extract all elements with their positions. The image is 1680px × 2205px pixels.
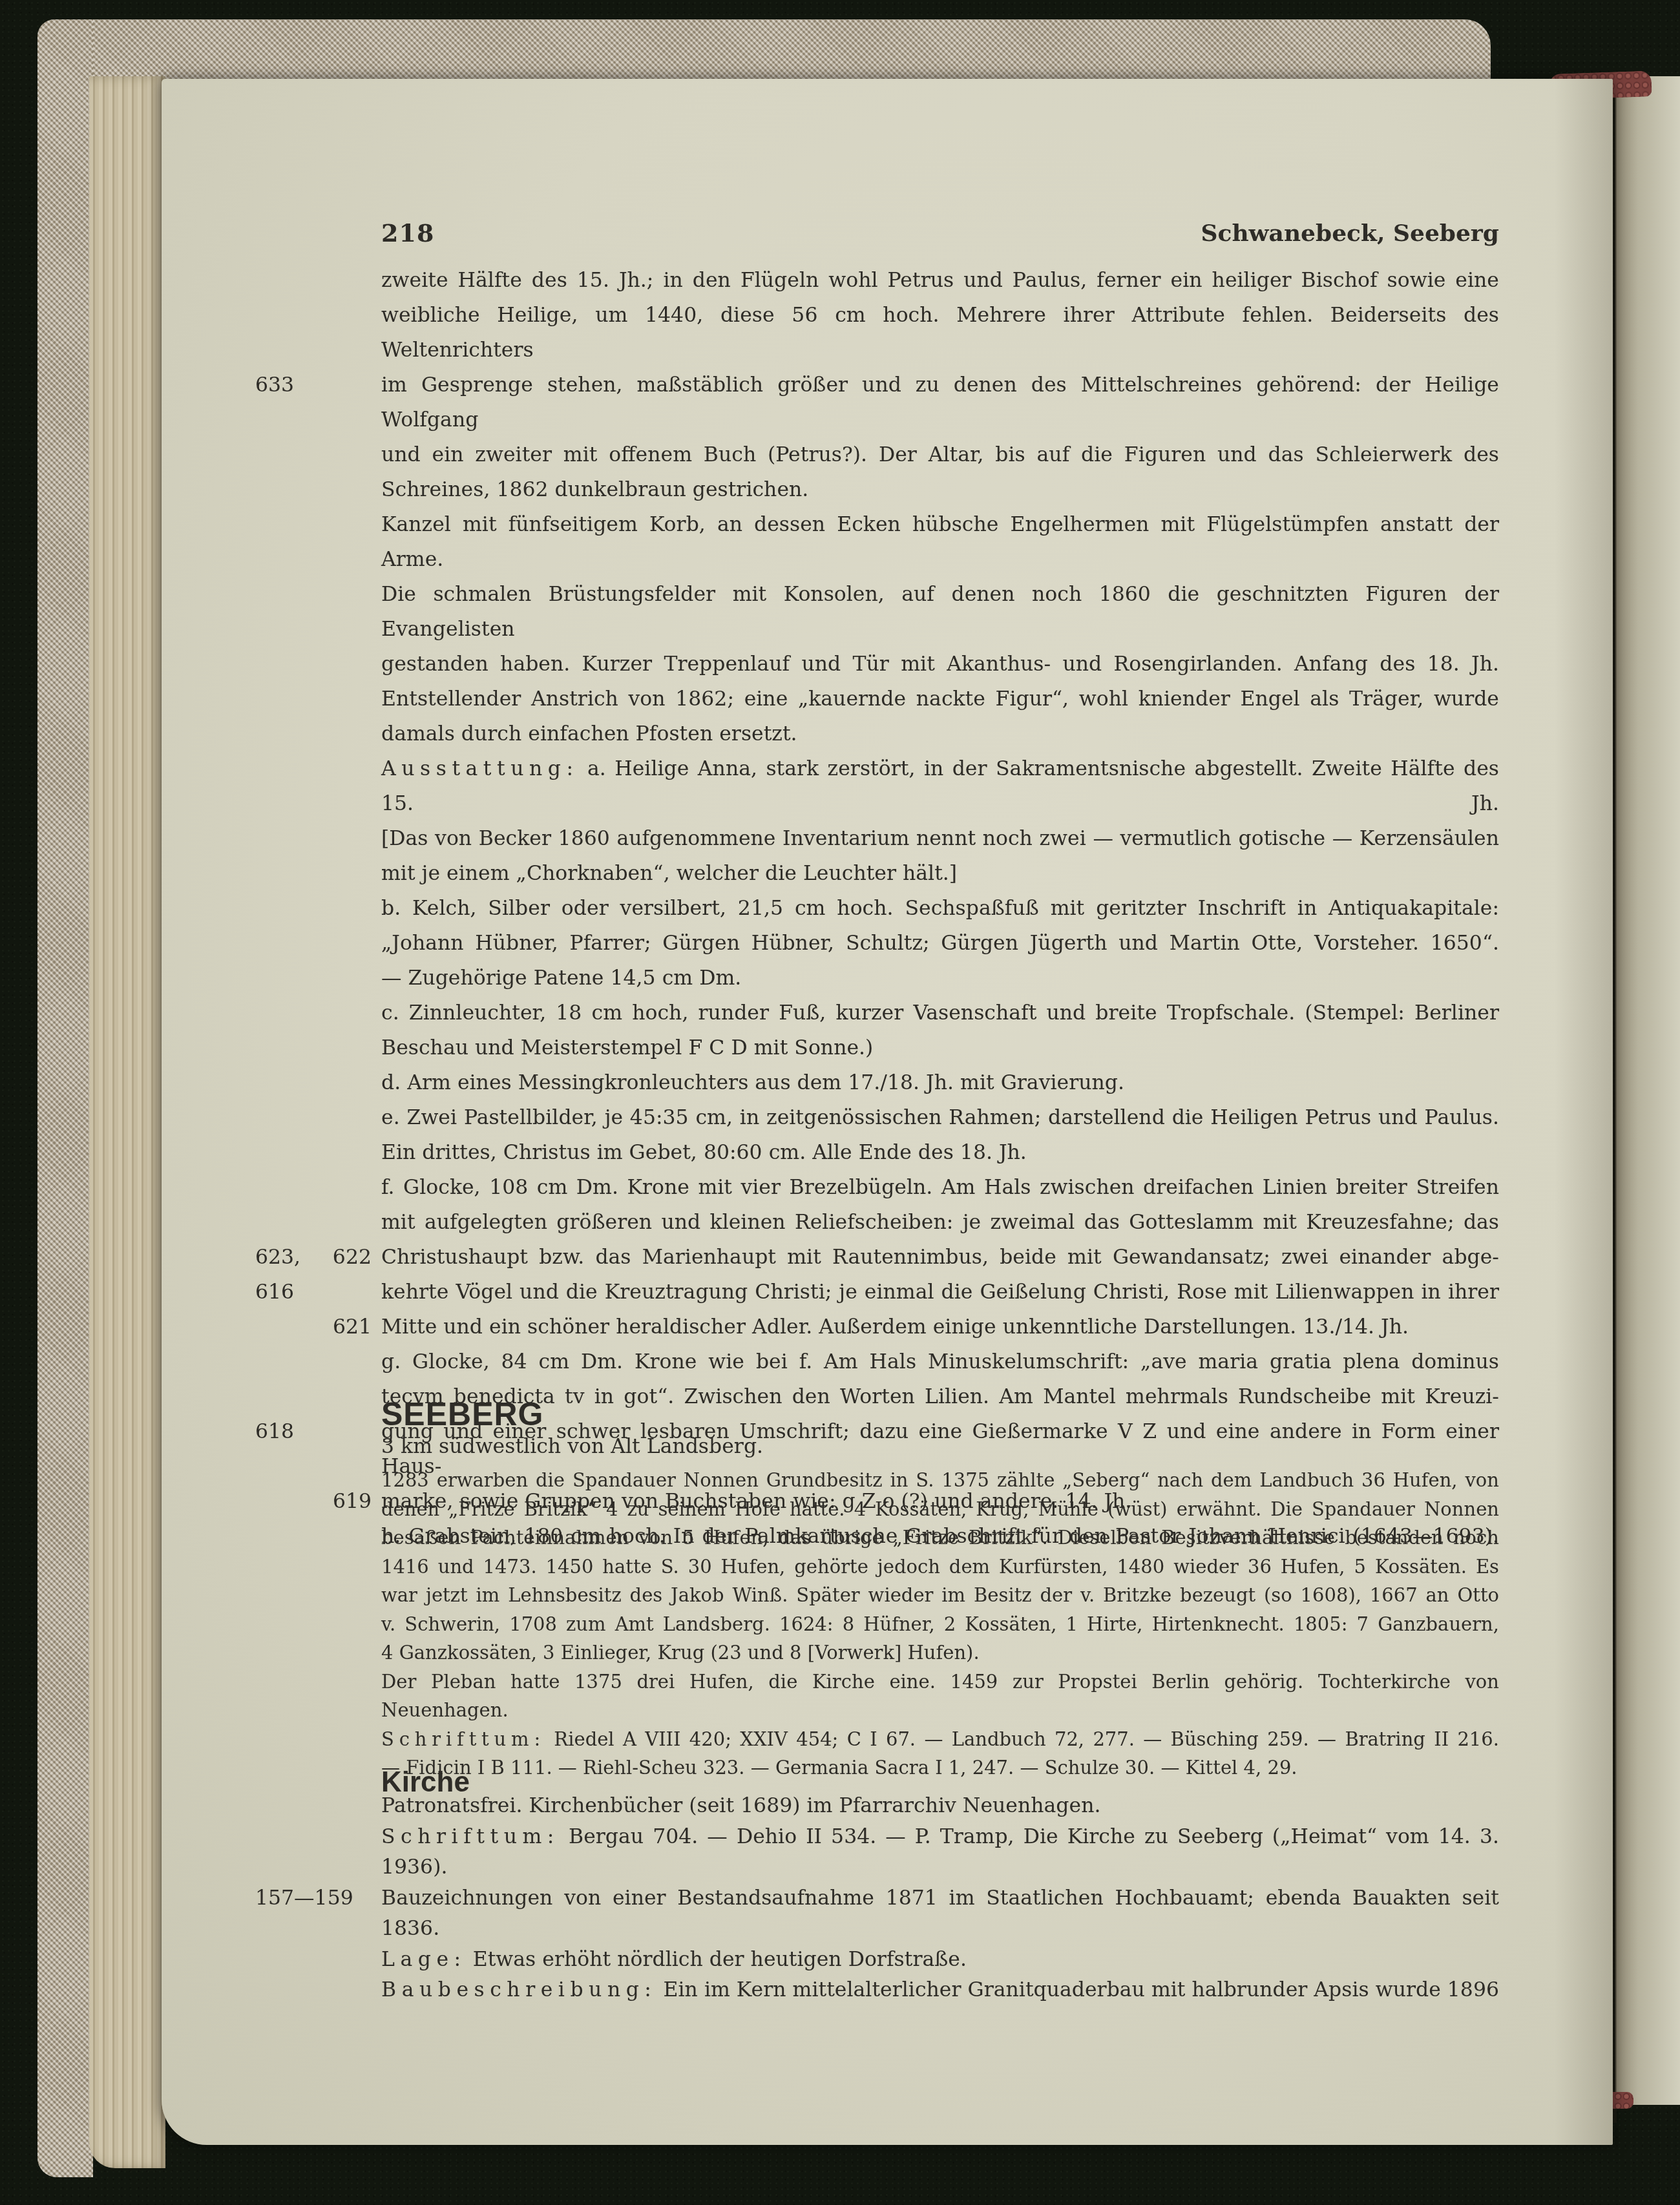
text-line: — Zugehörige Patene 14,5 cm Dm. bbox=[381, 961, 1499, 996]
text-line-content: Kanzel mit fünfseitigem Korb, an dessen … bbox=[381, 513, 1499, 571]
text-line: 1416 und 1473. 1450 hatte S. 30 Hufen, g… bbox=[381, 1552, 1499, 1582]
text-line-content: gestanden haben. Kurzer Treppenlauf und … bbox=[381, 653, 1499, 676]
text-line-content: denen „Fritze Britzik“ 4 zu seinem Hofe … bbox=[381, 1498, 1499, 1520]
text-line: — Fidicin I B 111. — Riehl-Scheu 323. — … bbox=[381, 1753, 1499, 1782]
text-line: Ausstattung: a. Heilige Anna, stark zers… bbox=[381, 751, 1499, 821]
text-line-content: Mitte und ein schöner heraldischer Adler… bbox=[381, 1315, 1409, 1339]
text-line-content: Patronatsfrei. Kirchenbücher (seit 1689)… bbox=[381, 1794, 1100, 1817]
text-line: Schrifttum: Bergau 704. — Dehio II 534. … bbox=[381, 1822, 1499, 1883]
text-line-content: im Gesprenge stehen, maßstäblich größer … bbox=[381, 373, 1499, 432]
margin-figure-number: 621 bbox=[255, 1310, 372, 1344]
text-line: v. Schwerin, 1708 zum Amt Landsberg. 162… bbox=[381, 1610, 1499, 1639]
text-line: [Das von Becker 1860 aufgenommene Invent… bbox=[381, 821, 1499, 856]
page-header: 218 Schwanebeck, Seeberg bbox=[381, 218, 1499, 251]
text-line-content: Beschau und Meisterstempel F C D mit Son… bbox=[381, 1036, 873, 1060]
text-line: damals durch einfachen Pfosten ersetzt. bbox=[381, 716, 1499, 751]
text-line-content: d. Arm eines Messingkronleuchters aus de… bbox=[381, 1071, 1124, 1094]
text-line: mit aufgelegten größeren und kleinen Rel… bbox=[381, 1205, 1499, 1240]
text-line-content: v. Schwerin, 1708 zum Amt Landsberg. 162… bbox=[381, 1613, 1499, 1635]
text-line: 616kehrte Vögel und die Kreuztragung Chr… bbox=[381, 1275, 1499, 1310]
seeberg-history-text-block: 1283 erwarben die Spandauer Nonnen Grund… bbox=[381, 1466, 1499, 1782]
text-line: 157—159Bauzeichnungen von einer Bestands… bbox=[381, 1883, 1499, 1945]
text-line: c. Zinnleuchter, 18 cm hoch, runder Fuß,… bbox=[381, 996, 1499, 1030]
text-line-content: war jetzt im Lehnsbesitz des Jakob Winß.… bbox=[381, 1584, 1499, 1606]
text-line-content: weibliche Heilige, um 1440, diese 56 cm … bbox=[381, 304, 1499, 362]
open-book-photo: 218 Schwanebeck, Seeberg zweite Hälfte d… bbox=[0, 0, 1680, 2205]
text-line: zweite Hälfte des 15. Jh.; in den Flügel… bbox=[381, 263, 1499, 298]
text-line: denen „Fritze Britzik“ 4 zu seinem Hofe … bbox=[381, 1495, 1499, 1524]
text-line-content: e. Zwei Pastellbilder, je 45:35 cm, in z… bbox=[381, 1106, 1499, 1129]
text-line-content: tecvm benedicta tv in got“. Zwischen den… bbox=[381, 1385, 1499, 1408]
text-line-content: kehrte Vögel und die Kreuztragung Christ… bbox=[381, 1280, 1499, 1304]
text-line-content: Schrifttum: Riedel A VIII 420; XXIV 454;… bbox=[381, 1728, 1499, 1750]
text-line-content: f. Glocke, 108 cm Dm. Krone mit vier Bre… bbox=[381, 1176, 1499, 1199]
page-number: 218 bbox=[381, 218, 434, 247]
text-line: Baubeschreibung: Ein im Kern mittelalter… bbox=[381, 1975, 1499, 2006]
text-line: g. Glocke, 84 cm Dm. Krone wie bei f. Am… bbox=[381, 1344, 1499, 1379]
text-line-content: Der Pleban hatte 1375 drei Hufen, die Ki… bbox=[381, 1671, 1499, 1722]
text-line-content: b. Kelch, Silber oder versilbert, 21,5 c… bbox=[381, 897, 1499, 920]
text-line: b. Kelch, Silber oder versilbert, 21,5 c… bbox=[381, 891, 1499, 926]
text-line: besaßen Pachteinnahmen von 5 Hufen, das … bbox=[381, 1523, 1499, 1552]
text-line: 621Mitte und ein schöner heraldischer Ad… bbox=[381, 1310, 1499, 1344]
margin-figure-number: 619 bbox=[255, 1484, 372, 1519]
text-line: war jetzt im Lehnsbesitz des Jakob Winß.… bbox=[381, 1581, 1499, 1610]
text-line: e. Zwei Pastellbilder, je 45:35 cm, in z… bbox=[381, 1100, 1499, 1135]
book-cover-cloth-top bbox=[40, 19, 1491, 84]
kirche-text-block: Patronatsfrei. Kirchenbücher (seit 1689)… bbox=[381, 1791, 1499, 2006]
text-line: Beschau und Meisterstempel F C D mit Son… bbox=[381, 1030, 1499, 1065]
text-line: d. Arm eines Messingkronleuchters aus de… bbox=[381, 1065, 1499, 1100]
text-line-content: mit je einem „Chorknaben“, welcher die L… bbox=[381, 862, 957, 885]
text-line-content: 4 Ganzkossäten, 3 Einlieger, Krug (23 un… bbox=[381, 1642, 980, 1664]
text-line-content: 1283 erwarben die Spandauer Nonnen Grund… bbox=[381, 1469, 1499, 1491]
seeberg-location-line: 3 km südwestlich von Alt Landsberg. bbox=[381, 1432, 1499, 1461]
text-line-content: Bauzeichnungen von einer Bestandsaufnahm… bbox=[381, 1886, 1499, 1941]
text-line-content: mit aufgelegten größeren und kleinen Rel… bbox=[381, 1211, 1499, 1234]
text-line-content: Schrifttum: Bergau 704. — Dehio II 534. … bbox=[381, 1825, 1499, 1879]
text-line-content: Die schmalen Brüstungsfelder mit Konsole… bbox=[381, 583, 1499, 641]
margin-figure-number: 616 bbox=[255, 1275, 372, 1310]
text-line-content: — Zugehörige Patene 14,5 cm Dm. bbox=[381, 967, 741, 990]
margin-figure-number: 618 bbox=[255, 1414, 372, 1449]
text-line: 4 Ganzkossäten, 3 Einlieger, Krug (23 un… bbox=[381, 1638, 1499, 1667]
text-line: 1283 erwarben die Spandauer Nonnen Grund… bbox=[381, 1466, 1499, 1495]
text-line: „Johann Hübner, Pfarrer; Gürgen Hübner, … bbox=[381, 926, 1499, 961]
text-line-content: Lage: Etwas erhöht nördlich der heutigen… bbox=[381, 1948, 967, 1971]
text-line: Schreines, 1862 dunkelbraun gestrichen. bbox=[381, 472, 1499, 507]
text-line-content: und ein zweiter mit offenem Buch (Petrus… bbox=[381, 443, 1499, 466]
text-line-content: c. Zinnleuchter, 18 cm hoch, runder Fuß,… bbox=[381, 1001, 1499, 1025]
text-line-content: [Das von Becker 1860 aufgenommene Invent… bbox=[381, 827, 1499, 850]
text-line: Entstellender Anstrich von 1862; eine „k… bbox=[381, 682, 1499, 716]
text-line-content: g. Glocke, 84 cm Dm. Krone wie bei f. Am… bbox=[381, 1350, 1499, 1374]
text-line: Lage: Etwas erhöht nördlich der heutigen… bbox=[381, 1945, 1499, 1976]
text-line-content: 1416 und 1473. 1450 hatte S. 30 Hufen, g… bbox=[381, 1556, 1499, 1578]
page-edges-stack bbox=[89, 76, 165, 2168]
text-line: f. Glocke, 108 cm Dm. Krone mit vier Bre… bbox=[381, 1170, 1499, 1205]
text-line-content: Baubeschreibung: Ein im Kern mittelalter… bbox=[381, 1978, 1499, 2001]
text-line-content: — Fidicin I B 111. — Riehl-Scheu 323. — … bbox=[381, 1757, 1297, 1779]
text-line-content: damals durch einfachen Pfosten ersetzt. bbox=[381, 722, 797, 746]
text-line-content: Christushaupt bzw. das Marienhaupt mit R… bbox=[381, 1246, 1499, 1269]
text-line-content: Schreines, 1862 dunkelbraun gestrichen. bbox=[381, 478, 808, 501]
text-line-content: zweite Hälfte des 15. Jh.; in den Flügel… bbox=[381, 269, 1499, 292]
text-line: weibliche Heilige, um 1440, diese 56 cm … bbox=[381, 298, 1499, 368]
text-line: Die schmalen Brüstungsfelder mit Konsole… bbox=[381, 577, 1499, 647]
text-line: und ein zweiter mit offenem Buch (Petrus… bbox=[381, 437, 1499, 472]
margin-figure-number: 633 bbox=[255, 368, 372, 402]
book-cover-cloth-left bbox=[37, 19, 93, 2177]
margin-figure-number: 623, 622 bbox=[255, 1240, 372, 1275]
text-line-content: Ein drittes, Christus im Gebet, 80:60 cm… bbox=[381, 1141, 1027, 1164]
text-line: 623, 622Christushaupt bzw. das Marienhau… bbox=[381, 1240, 1499, 1275]
text-line-content: besaßen Pachteinnahmen von 5 Hufen, das … bbox=[381, 1527, 1499, 1549]
schwanebeck-main-text-block: zweite Hälfte des 15. Jh.; in den Flügel… bbox=[381, 263, 1499, 1554]
text-line-content: „Johann Hübner, Pfarrer; Gürgen Hübner, … bbox=[381, 932, 1499, 955]
margin-figure-number: 157—159 bbox=[255, 1883, 372, 1914]
text-line: Schrifttum: Riedel A VIII 420; XXIV 454;… bbox=[381, 1725, 1499, 1754]
section-heading-seeberg: SEEBERG bbox=[381, 1395, 544, 1433]
text-line-content: Entstellender Anstrich von 1862; eine „k… bbox=[381, 687, 1499, 711]
text-line: Patronatsfrei. Kirchenbücher (seit 1689)… bbox=[381, 1791, 1499, 1822]
running-head: Schwanebeck, Seeberg bbox=[1201, 220, 1499, 247]
text-line: mit je einem „Chorknaben“, welcher die L… bbox=[381, 856, 1499, 891]
text-line-content: Ausstattung: a. Heilige Anna, stark zers… bbox=[381, 757, 1499, 815]
text-line: Ein drittes, Christus im Gebet, 80:60 cm… bbox=[381, 1135, 1499, 1170]
text-line: gestanden haben. Kurzer Treppenlauf und … bbox=[381, 647, 1499, 682]
facing-page-sliver bbox=[1615, 76, 1680, 2105]
text-line: Der Pleban hatte 1375 drei Hufen, die Ki… bbox=[381, 1667, 1499, 1725]
text-line: Kanzel mit fünfseitigem Korb, an dessen … bbox=[381, 507, 1499, 577]
text-line: tecvm benedicta tv in got“. Zwischen den… bbox=[381, 1379, 1499, 1414]
text-line: 633im Gesprenge stehen, maßstäblich größ… bbox=[381, 368, 1499, 437]
